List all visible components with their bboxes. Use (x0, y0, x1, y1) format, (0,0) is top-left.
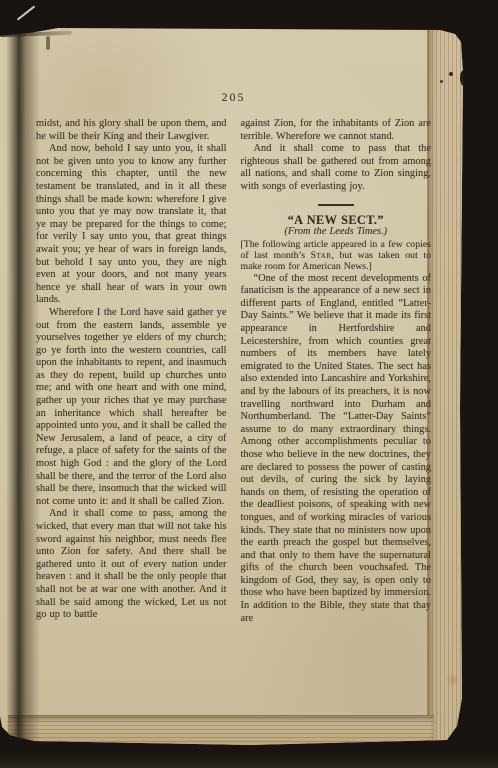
article-source-line: (From the Leeds Times.) (241, 226, 432, 239)
paragraph: Wherefore I the Lord have said gather ye… (36, 307, 227, 509)
ink-speck (449, 72, 453, 76)
paragraph: against Zion, for the inhabitants of Zio… (241, 118, 432, 143)
scratch-mark (17, 5, 36, 20)
left-column: midst, and his glory shall be upon them,… (36, 118, 227, 625)
text-columns: midst, and his glory shall be upon them,… (36, 118, 431, 625)
scanner-bed-band (0, 752, 498, 768)
gutter-shadow (6, 28, 40, 746)
journal-name: Star (311, 250, 332, 261)
printed-content: 205 midst, and his glory shall be upon t… (36, 90, 431, 625)
article-heading: “A NEW SECT.” (241, 214, 432, 227)
page-bottom-edge (8, 715, 434, 746)
book-page: 205 midst, and his glory shall be upon t… (0, 28, 468, 746)
paragraph: And it shall come to pass, among the wic… (36, 508, 227, 621)
editorial-note: [The following article appeared in a few… (241, 239, 432, 273)
paragraph: And now, behold I say unto you, it shall… (36, 143, 227, 307)
edge-stain (448, 676, 458, 684)
right-column: against Zion, for the inhabitants of Zio… (241, 118, 432, 625)
paragraph: And it shall come to pass that the right… (241, 143, 432, 193)
page-number: 205 (36, 90, 431, 105)
torn-edge-notch (460, 70, 467, 86)
article-body: “One of the most recent developments of … (241, 273, 432, 626)
ink-speck (440, 80, 443, 83)
section-divider (318, 204, 354, 206)
paragraph: midst, and his glory shall be upon them,… (36, 118, 227, 143)
top-smudge (46, 36, 50, 50)
scan-background: 205 midst, and his glory shall be upon t… (0, 0, 498, 768)
page-fore-edge (427, 28, 468, 746)
